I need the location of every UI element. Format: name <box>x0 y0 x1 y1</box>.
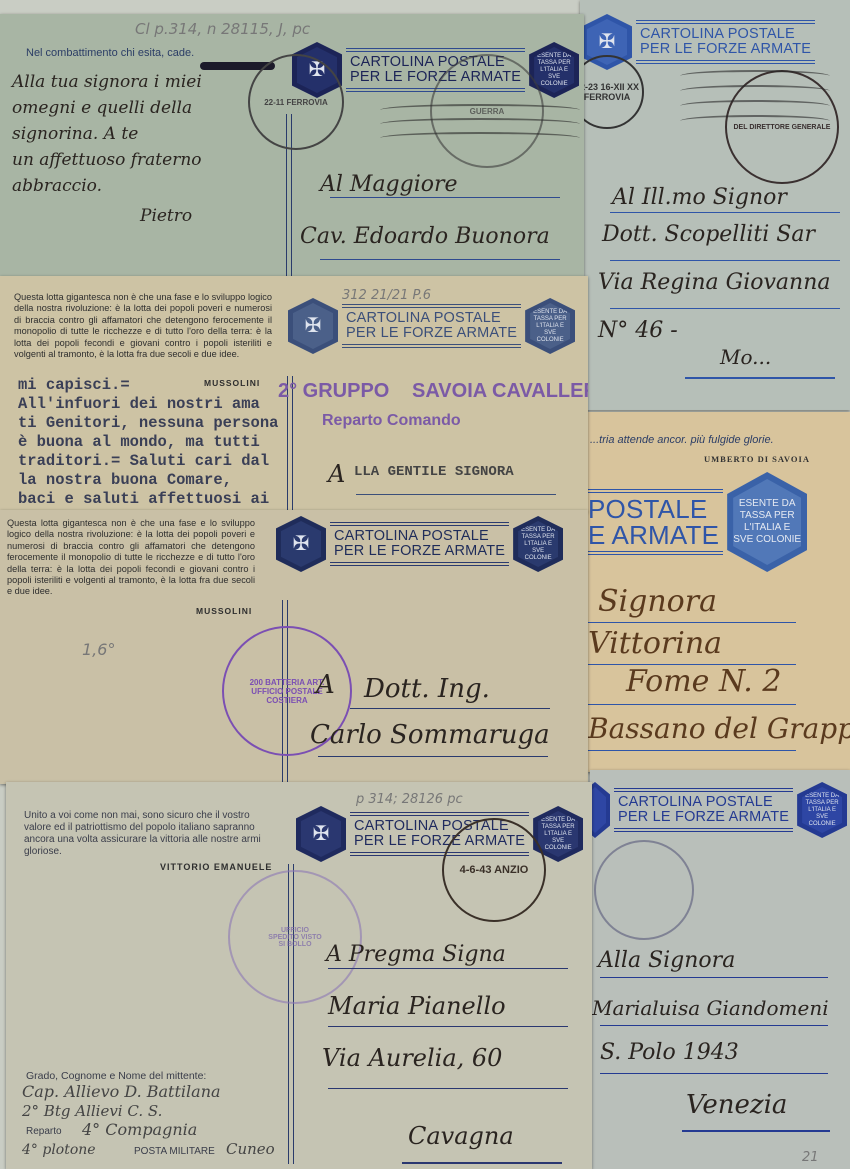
typed-line: baci e saluti affettuosi ai <box>18 490 269 508</box>
postmark: 4-6-43 ANZIO <box>442 818 546 922</box>
unit-stamp: 2° GRUPPO <box>278 380 389 403</box>
postcard-header: POSTALE E ARMATE ESENTE DATASSA PERL'ITA… <box>586 472 807 572</box>
postcard-2: ✠ CARTOLINA POSTALE PER LE FORZE ARMATE … <box>580 0 850 410</box>
header-title-line1: CARTOLINA POSTALE <box>334 529 505 544</box>
address-line: Cav. Edoardo Buonora <box>300 224 550 249</box>
message-line: un affettuoso fraterno <box>12 150 202 170</box>
postcard-4: ...tria attende ancor. più fulgide glori… <box>586 412 850 772</box>
address-line: N° 46 - <box>598 318 678 343</box>
motto: Nel combattimento chi esita, cade. <box>26 47 194 59</box>
address-line: Dott. Ing. <box>364 674 490 704</box>
message-line: abbraccio. <box>12 176 102 196</box>
exempt-badge: ESENTE DATASSA PERL'ITALIA ESVE COLONIE <box>802 793 842 828</box>
message-line: signorina. A te <box>12 124 138 144</box>
postcard-header: CARTOLINA POSTALE PER LE FORZE ARMATE ES… <box>590 782 847 838</box>
typed-line: è buona al mondo, ma tutti <box>18 433 260 451</box>
address-line: Vittorina <box>588 626 722 661</box>
address-line: S. Polo 1943 <box>600 1040 739 1065</box>
catalog-note: p 314; 28126 pc <box>356 792 463 807</box>
address-line: A <box>316 670 335 700</box>
address-line: Marialuisa Giandomeni <box>592 996 829 1020</box>
message-line: omegni e quelli della <box>12 98 192 118</box>
typed-line: mi capisci.= <box>18 376 130 394</box>
address-line: Dott. Scopelliti Sar <box>602 222 815 247</box>
quote-author: MUSSOLINI <box>196 606 252 616</box>
typed-line: All'infuori dei nostri ama <box>18 395 260 413</box>
header-title-line2: PER LE FORZE ARMATE <box>346 326 517 341</box>
signature: Pietro <box>140 206 192 226</box>
address-line: Carlo Sommaruga <box>310 720 550 750</box>
header-title-line1: POSTALE <box>588 496 719 522</box>
postcard-1: Cl p.314, n 28115, J, pc Nel combattimen… <box>0 14 584 276</box>
header-title-line2: PER LE FORZE ARMATE <box>640 42 811 57</box>
header-title-line2: PER LE FORZE ARMATE <box>334 544 505 559</box>
exempt-badge: ESENTE DATASSA PERL'ITALIA ESVE COLONIE <box>538 817 578 852</box>
pencil-mark: 1,6° <box>82 640 115 659</box>
corner-note: 21 <box>802 1150 819 1165</box>
quote: ...tria attende ancor. più fulgide glori… <box>590 434 774 446</box>
address-line: Via Regina Giovanna <box>598 270 830 295</box>
message-line: Alla tua signora i miei <box>12 72 202 92</box>
postmark: 22-11 FERROVIA <box>248 54 344 150</box>
exempt-badge: ESENTE DATASSA PERL'ITALIA ESVE COLONIE <box>534 53 574 88</box>
address-line: Venezia <box>686 1090 787 1120</box>
platoon-value: 4° plotone <box>22 1142 96 1158</box>
address-line: Al Maggiore <box>320 172 458 197</box>
typed-line: traditori.= Saluti cari dal <box>18 452 269 470</box>
sender-line: 2° Btg Allievi C. S. <box>22 1102 162 1120</box>
sender-line: Cap. Allievo D. Battilana <box>22 1082 221 1101</box>
quote: Questa lotta gigantesca non è che una fa… <box>7 518 255 598</box>
exempt-badge: ESENTE DATASSA PERL'ITALIA ESVE COLONIE <box>530 309 570 344</box>
address-line: Fome N. 2 <box>626 664 781 699</box>
address-line: Cavagna <box>408 1122 514 1150</box>
reparto-value: 4° Compagnia <box>82 1120 197 1139</box>
address-line: A Pregma Signa <box>326 942 506 967</box>
unit-stamp: SAVOIA CAVALLERIA <box>412 380 588 403</box>
address-line: Via Aurelia, 60 <box>322 1044 502 1072</box>
quote-author: MUSSOLINI <box>204 378 260 388</box>
address-line: A <box>328 460 345 488</box>
address-line: Bassano del Grappa <box>588 712 850 745</box>
crest-icon: ✠ <box>599 39 616 46</box>
header-title-line2: E ARMATE <box>588 522 719 548</box>
header-title-line1: CARTOLINA POSTALE <box>640 27 811 42</box>
unit-stamp: Reparto Comando <box>322 412 461 430</box>
posta-militare-value: Cuneo <box>226 1140 275 1158</box>
quote: Questa lotta gigantesca non è che una fa… <box>14 292 272 360</box>
quote-author: VITTORIO EMANUELE <box>160 862 272 872</box>
sender-label: Grado, Cognome e Nome del mittente: <box>26 1070 206 1082</box>
crest-icon: ✠ <box>293 541 310 548</box>
postcard-3: 312 21/21 P.6 Questa lotta gigantesca no… <box>0 276 588 512</box>
address-line: LLA GENTILE SIGNORA <box>354 464 514 480</box>
address-line: Maria Pianello <box>328 992 506 1020</box>
address-line: Mo... <box>720 345 771 369</box>
reparto-label: Reparto <box>26 1126 62 1137</box>
crest-icon: ✠ <box>313 831 330 838</box>
postcard-header: ✠ CARTOLINA POSTALE PER LE FORZE ARMATE … <box>276 516 563 572</box>
posta-militare-label: POSTA MILITARE <box>134 1146 215 1157</box>
address-line: Al Ill.mo Signor <box>612 185 787 210</box>
postmark <box>594 840 694 940</box>
postcard-header: ✠ CARTOLINA POSTALE PER LE FORZE ARMATE … <box>288 298 575 354</box>
exempt-badge: ESENTE DATASSA PERL'ITALIA ESVE COLONIE <box>733 498 801 546</box>
typed-line: ti Genitori, nessuna persona <box>18 414 278 432</box>
quote-author: UMBERTO DI SAVOIA <box>704 454 810 464</box>
postcard-6: p 314; 28126 pc Unito a voi come non mai… <box>6 782 592 1169</box>
crest-icon: ✠ <box>305 323 322 330</box>
header-title-line2: PER LE FORZE ARMATE <box>618 810 789 825</box>
typed-line: la nostra buona Comare, <box>18 471 232 489</box>
header-title-line1: CARTOLINA POSTALE <box>346 311 517 326</box>
address-line: Signora <box>598 584 717 619</box>
catalog-note: Cl p.314, n 28115, J, pc <box>135 20 310 38</box>
postcard-7: CARTOLINA POSTALE PER LE FORZE ARMATE ES… <box>590 770 850 1169</box>
exempt-badge: ESENTE DATASSA PERL'ITALIA ESVE COLONIE <box>518 527 558 562</box>
address-line: Alla Signora <box>598 948 735 973</box>
censor-stamp: UFFICIO SPEDITO VISTO SI BOLLO <box>228 870 362 1004</box>
header-title-line1: CARTOLINA POSTALE <box>618 795 789 810</box>
postcard-5: Questa lotta gigantesca non è che una fa… <box>0 510 588 784</box>
quote: Unito a voi come non mai, sono sicuro ch… <box>24 810 274 858</box>
